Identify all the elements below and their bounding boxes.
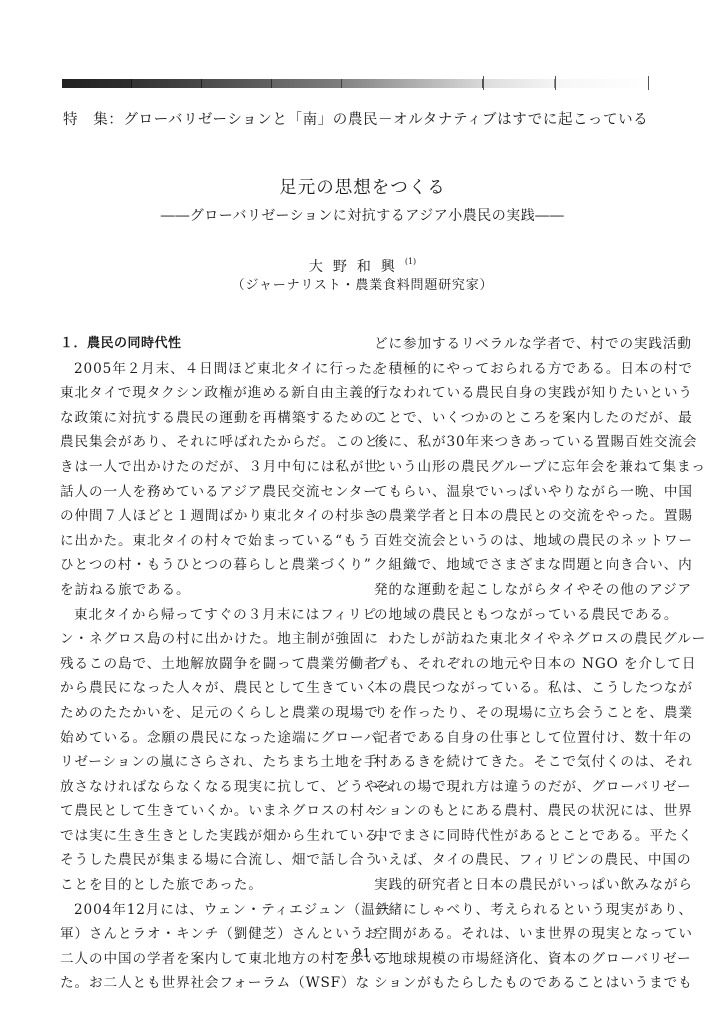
body-text-line: の地域の農民ともつながっている農民である。 — [374, 603, 666, 628]
body-text-line: ク組織で、地域でさまざまな問題と向き合い、内 — [374, 553, 666, 578]
body-text-line: そうした農民が集まる場に合流し、畑で話し合う — [60, 848, 352, 873]
page-number: ― 91 ― — [0, 945, 725, 960]
header-bar-segment — [483, 79, 555, 88]
body-text-line: 百姓交流会というのは、地域の農民のネットワー — [374, 529, 666, 554]
header-bar-segment — [272, 79, 342, 88]
body-text-line: て農民として生きていくか。いまネグロスの村々 — [60, 799, 352, 824]
body-text-line: 話人の一人を務めているアジア農民交流センター — [60, 480, 352, 505]
body-text-line: の仲間７人ほどと１週間ばかり東北タイの村歩き — [60, 504, 352, 529]
body-text-line: いえば、タイの農民、フィリピンの農民、中国の — [374, 848, 666, 873]
header-bar-tick — [648, 76, 649, 90]
author-affiliation: （ジャーナリスト・農業食料問題研究家） — [0, 274, 725, 293]
body-text-line: では実に生き生きとした実践が畑から生れている。 — [60, 824, 352, 849]
body-text-line: 村あるきを続けてきた。そこで気付くのは、それ — [374, 750, 666, 775]
series-title: 特 集：グローバリゼーションと「南」の農民－オルタナティブはすでに起こっている — [63, 108, 663, 129]
body-text-line: 2005年２月末、４日間ほど東北タイに行った。 — [60, 357, 352, 382]
header-bar-segment — [555, 79, 656, 88]
body-text-line: 一緒にしゃべり、考えられるという現実があり、 — [374, 898, 666, 923]
body-text-line: 後に、私が30年来つきあっている置賜百姓交流会 — [374, 430, 666, 455]
body-text-line: プも、それぞれの地元や日本の NGO を介して日 — [374, 652, 666, 677]
body-text-line: ン・ネグロス島の村に出かけた。地主制が強固に — [60, 627, 352, 652]
article-title: 足元の思想をつくる — [0, 174, 725, 199]
body-text-line: 東北タイで現タクシン政権が進める新自由主義的 — [60, 381, 352, 406]
body-text-line: 発的な運動を起こしながらタイやその他のアジア — [374, 578, 666, 603]
body-text-line: ションのもとにある農村、農民の状況には、世界 — [374, 799, 666, 824]
body-text-line: ことを目的とした旅であった。 — [60, 873, 352, 898]
body-text-line: の農業学者と日本の農民との交流をやった。置賜 — [374, 504, 666, 529]
body-text-line: に出かた。東北タイの村々で始まっている“もう — [60, 529, 352, 554]
header-gradient-bar — [62, 79, 656, 88]
right-column: どに参加するリベラルな学者で、村での実践活動を積極的にやっておられる方である。日… — [374, 332, 666, 996]
header-bar-segment — [202, 79, 272, 88]
body-text-line: ためのたたかいを、足元のくらしと農業の現場で — [60, 701, 352, 726]
body-text-line: という山形の農民グループに忘年会を兼ねて集まっ — [374, 455, 666, 480]
author-name: 大野和興(1) — [0, 256, 725, 276]
body-text-line: 行なわれている農民自身の実践が知りたいという — [374, 381, 666, 406]
body-text-line: 軍）さんとラオ・キンチ（劉健芝）さんというお — [60, 922, 352, 947]
section-heading: １．農民の同時代性 — [60, 332, 352, 357]
body-text-line: ションがもたらしたものであることはいうまでも — [374, 971, 666, 996]
body-text-line: てもらい、温泉でいっぱいやりながら一晩、中国 — [374, 480, 666, 505]
body-text-line: りを作ったり、その現場に立ち会うことを、農業 — [374, 701, 666, 726]
body-text-line: た。お二人とも世界社会フォーラム（WSF）な — [60, 971, 352, 996]
body-text-line: 2004年12月には、ウェン・ティエジュン（温鉄 — [60, 898, 352, 923]
body-text-line: を訪ねる旅である。 — [60, 578, 352, 603]
body-text-line: リゼーションの嵐にさらされ、たちまち土地を手 — [60, 750, 352, 775]
body-text-line: 残るこの島で、土地解放闘争を闘って農業労働者 — [60, 652, 352, 677]
header-bar-segment — [62, 79, 132, 88]
body-text-line: 実践的研究者と日本の農民がいっぱい飲みながら — [374, 873, 666, 898]
body-text-line: ことで、いくつかのところを案内したのだが、最 — [374, 406, 666, 431]
body-text-line: どに参加するリベラルな学者で、村での実践活動 — [374, 332, 666, 357]
left-column: １．農民の同時代性 2005年２月末、４日間ほど東北タイに行った。東北タイで現タ… — [60, 332, 352, 996]
body-text-line: 本の農民つながっている。私は、こうしたつなが — [374, 676, 666, 701]
body-text-line: 記者である自身の仕事として位置付け、数十年の — [374, 726, 666, 751]
body-text-line: 東北タイから帰ってすぐの３月末にはフィリピ — [60, 603, 352, 628]
header-bar-segment — [342, 79, 483, 88]
body-text-line: 空間がある。それは、いま世界の現実となってい — [374, 922, 666, 947]
header-bar-tick — [555, 76, 556, 90]
body-text-line: きは一人で出かけたのだが、３月中旬には私が世 — [60, 455, 352, 480]
header-bar-tick — [483, 76, 484, 90]
body-text-line: 放さなければならなくなる現実に抗して、どうやっ — [60, 775, 352, 800]
body-text-line: 農民集会があり、それに呼ばれたからだ。このと — [60, 430, 352, 455]
body-text-line: から農民になった人々が、農民として生きていく — [60, 676, 352, 701]
body-text-line: ぞれの場で現れ方は違うのだが、グローバリゼー — [374, 775, 666, 800]
body-text-line: ひとつの村・もうひとつの暮らしと農業づくり” — [60, 553, 352, 578]
body-text-line: 中でまさに同時代性があるとことである。平たく — [374, 824, 666, 849]
header-bar-segment — [132, 79, 202, 88]
body-text-line: 始めている。念願の農民になった途端にグローバ — [60, 726, 352, 751]
body-text-line: を積極的にやっておられる方である。日本の村で — [374, 357, 666, 382]
body-text-line: わたしが訪ねた東北タイやネグロスの農民グルー — [374, 627, 666, 652]
article-subtitle: ――グローバリゼーションに対抗するアジア小農民の実践―― — [0, 205, 725, 225]
author-footnote-ref: (1) — [405, 257, 416, 266]
author-name-text: 大野和興 — [309, 259, 405, 275]
body-text-line: な政策に対抗する農民の運動を再構築するための — [60, 406, 352, 431]
